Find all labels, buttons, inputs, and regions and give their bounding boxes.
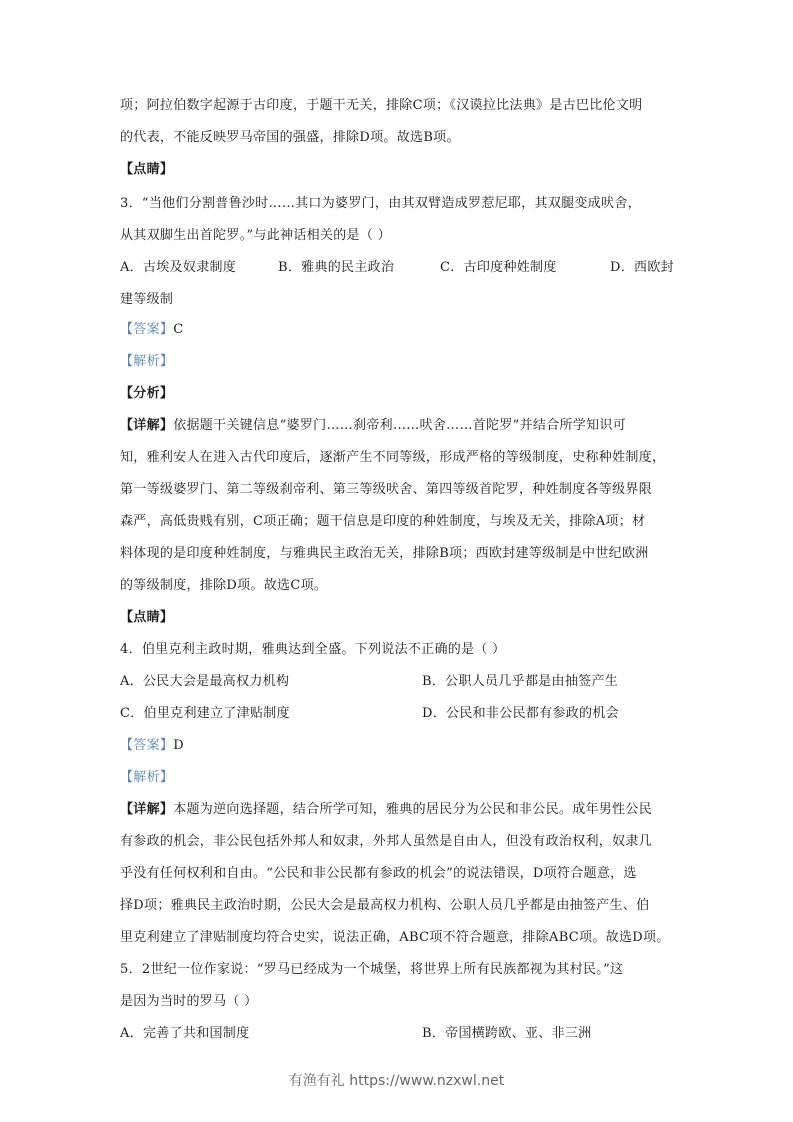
fenxi-label: 【分析】 [120, 384, 173, 404]
q3-option-c: C．古印度种姓制度 [440, 258, 557, 278]
q5-option-a: A．完善了共和国制度 [120, 1024, 249, 1044]
q4-detail: 择D项；雅典民主政治时期，公民大会是最高权力机构、公职人员几乎都是由抽签产生、伯 [120, 896, 649, 916]
q3-detail: 第一等级婆罗门、第二等级刹帝利、第三等级吠舍、第四等级首陀罗，种姓制度各等级界限 [120, 480, 652, 500]
jiexi-label: 【解析】 [120, 768, 173, 788]
text-line: 项；阿拉伯数字起源于古印度，于题干无关，排除C项；《汉谟拉比法典》是古巴比伦文明 [120, 96, 642, 116]
dianjing-label: 【点睛】 [120, 608, 173, 628]
answer-value: C [173, 322, 183, 337]
q3-detail: 知，雅利安人在进入古代印度后，逐渐产生不同等级，形成严格的等级制度，史称种姓制度… [120, 448, 665, 468]
q4-option-a: A．公民大会是最高权力机构 [120, 672, 289, 692]
answer-label: 【答案】 [120, 738, 173, 753]
q4-detail: 【详解】本题为逆向选择题，结合所学可知，雅典的居民分为公民和非公民。成年男性公民 [120, 800, 652, 820]
q3-option-d: D．西欧封 [610, 258, 674, 278]
q3-option-b: B．雅典的民主政治 [278, 258, 394, 278]
detail-text: 依据题干关键信息“婆罗门……刹帝利……吠舍……首陀罗”并结合所学知识可 [173, 418, 626, 433]
q4-option-b: B．公职人员几乎都是由抽签产生 [422, 672, 618, 692]
q3-answer: 【答案】C [120, 320, 183, 340]
q4-detail: 里克利建立了津贴制度均符合史实，说法正确，ABC项不符合题意，排除ABC项。故选… [120, 928, 670, 948]
q4-option-c: C．伯里克利建立了津贴制度 [120, 704, 290, 724]
q4-option-d: D．公民和非公民都有参政的机会 [422, 704, 619, 724]
q5-stem: 5．2世纪一位作家说：“罗马已经成为一个城堡，将世界上所有民族都视为其村民。”这 [120, 960, 623, 980]
text-line: 的代表，不能反映罗马帝国的强盛，排除D项。故选B项。 [120, 128, 460, 148]
q3-detail: 料体现的是印度种姓制度，与雅典民主政治无关，排除B项；西欧封建等级制是中世纪欧洲 [120, 544, 649, 564]
q3-detail: 的等级制度，排除D项。故选C项。 [120, 576, 327, 596]
q4-stem: 4．伯里克利主政时期，雅典达到全盛。下列说法不正确的是（ ） [120, 640, 505, 660]
q3-stem: 3．“当他们分割普鲁沙时……其口为婆罗门，由其双臂造成罗惹尼耶，其双腿变成吠舍， [120, 194, 641, 214]
detail-text: 本题为逆向选择题，结合所学可知，雅典的居民分为公民和非公民。成年男性公民 [173, 802, 652, 817]
jiexi-label: 【解析】 [120, 352, 173, 372]
dianjing-label: 【点睛】 [120, 160, 173, 180]
q3-option-a: A．古埃及奴隶制度 [120, 258, 236, 278]
q3-stem: 从其双脚生出首陀罗。”与此神话相关的是（ ） [120, 226, 391, 246]
q3-detail: 森严，高低贵贱有别，C项正确；题干信息是印度的种姓制度，与埃及无关，排除A项；材 [120, 512, 645, 532]
xiangjie-label: 【详解】 [120, 418, 173, 433]
q5-stem: 是因为当时的罗马（ ） [120, 992, 257, 1012]
answer-label: 【答案】 [120, 322, 173, 337]
q4-detail: 乎没有任何权利和自由。“公民和非公民都有参政的机会”的说法错误，D项符合题意，选 [120, 864, 637, 884]
xiangjie-label: 【详解】 [120, 802, 173, 817]
answer-value: D [173, 738, 184, 753]
q4-answer: 【答案】D [120, 736, 184, 756]
q4-detail: 有参政的机会，非公民包括外邦人和奴隶，外邦人虽然是自由人，但没有政治权利，奴隶几 [120, 832, 652, 852]
q5-option-b: B．帝国横跨欧、亚、非三洲 [422, 1024, 591, 1044]
q3-detail: 【详解】依据题干关键信息“婆罗门……刹帝利……吠舍……首陀罗”并结合所学知识可 [120, 416, 626, 436]
q3-option-d-cont: 建等级制 [120, 290, 173, 310]
footer-watermark: 有渔有礼 https://www.nzxwl.net [0, 1070, 793, 1090]
